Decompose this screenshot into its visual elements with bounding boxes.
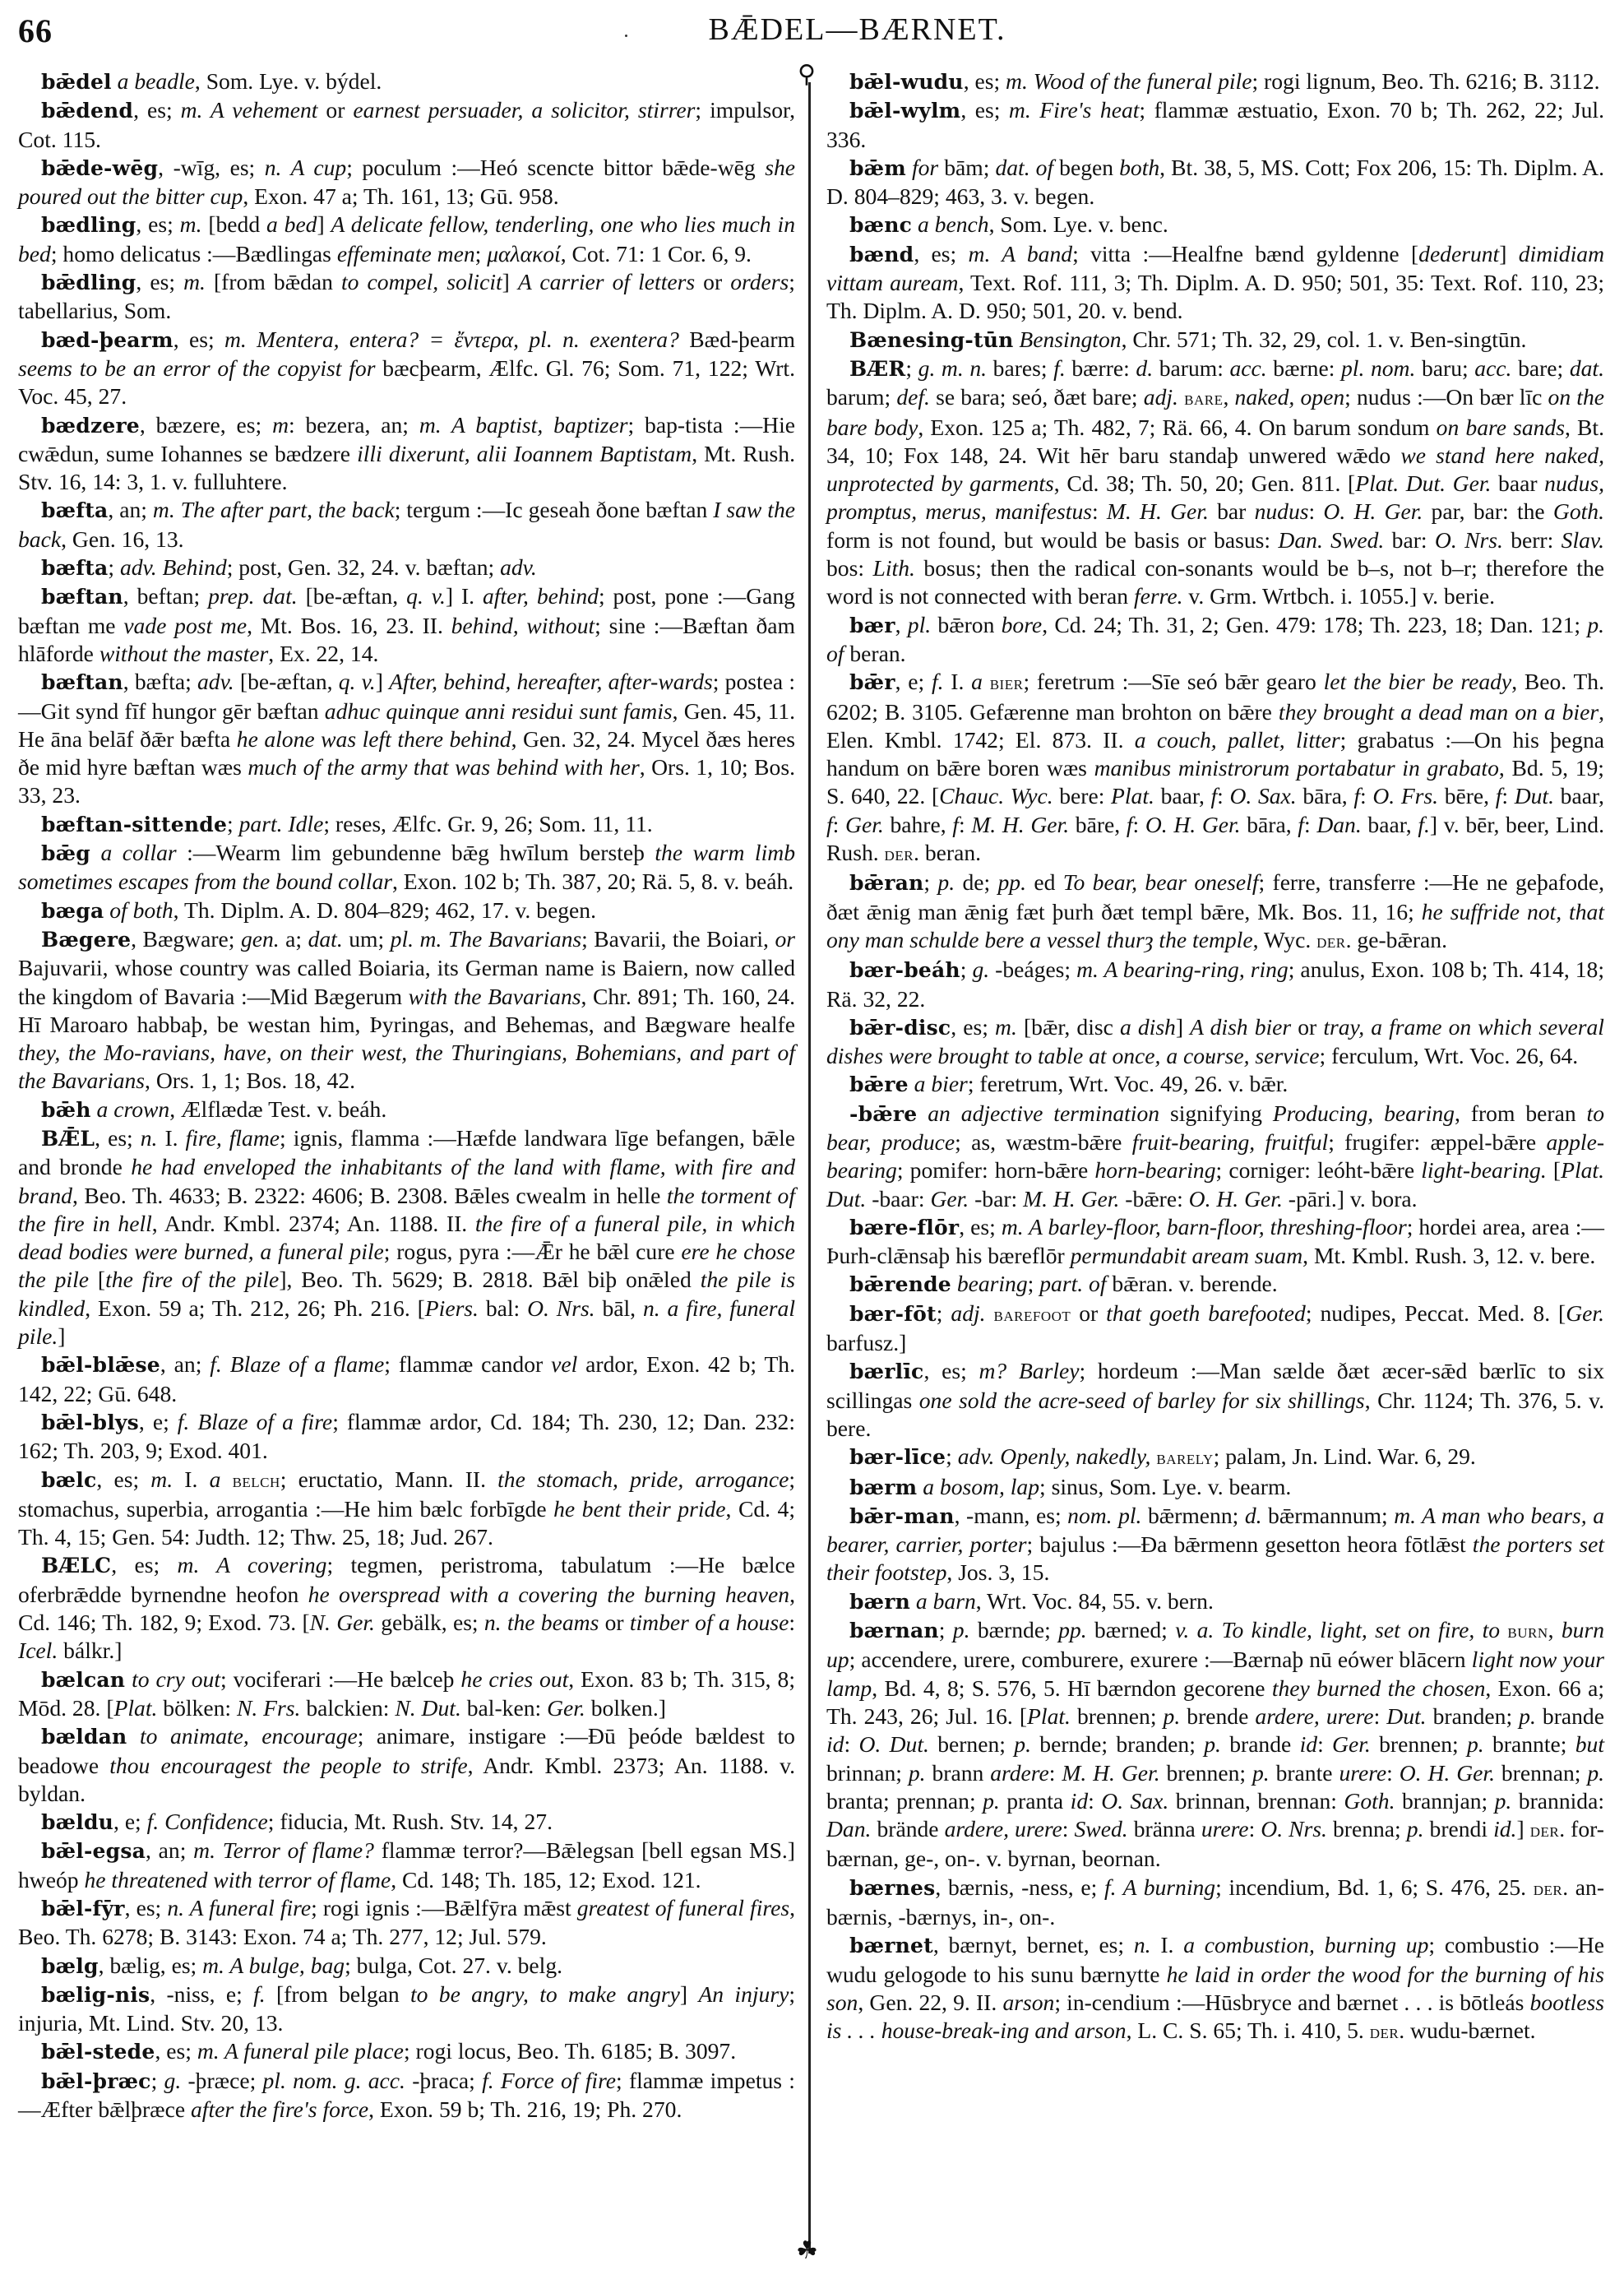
entry-text: :: [1360, 783, 1372, 808]
entry-text: :: [1049, 1760, 1062, 1786]
entry-italic-text: m. Mentera, entera? = ἔντερα, pl. n. exe…: [224, 327, 679, 352]
dictionary-entry: bæfta, an; m. The after part, the back; …: [18, 496, 795, 554]
entry-text: . ge-bǣran.: [1346, 927, 1447, 952]
entry-text: se bara; seó, ðæt bare;: [930, 384, 1144, 410]
dictionary-entry: bælc, es; m. I. a belch; eructatio, Mann…: [18, 1466, 795, 1552]
entry-text: , Cd. 148; Th. 185, 12; Exod. 121.: [391, 1867, 701, 1892]
entry-italic-text: acc.: [1474, 355, 1511, 381]
entry-italic-text: orders: [730, 269, 789, 294]
entry-text: , an;: [146, 1837, 193, 1863]
dictionary-entry: bæd-þearm, es; m. Mentera, entera? = ἔντ…: [18, 326, 795, 411]
entry-text: , es;: [111, 1552, 177, 1577]
entry-text: , Mt. Kmbl. Rush. 3, 12. v. bere.: [1302, 1243, 1595, 1268]
entry-text: ;: [905, 355, 918, 381]
entry-text: ;: [108, 554, 120, 580]
entry-text: , -niss, e;: [150, 1981, 253, 2007]
entry-italic-text: O. H. Ger.: [1323, 498, 1423, 524]
entry-text: bares;: [987, 355, 1053, 381]
entry-text: , -wīg, es;: [158, 155, 265, 180]
entry-italic-text: O. Dut.: [858, 1731, 928, 1757]
entry-text: [1500, 1617, 1507, 1642]
entry-text: bāre,: [1069, 812, 1127, 837]
entry-headword: BÆR: [849, 357, 905, 381]
entry-text: ; feretrum, Wrt. Voc. 49, 26. v. bǣr.: [968, 1071, 1289, 1096]
entry-text: ; ferculum, Wrt. Voc. 26, 64.: [1320, 1043, 1579, 1068]
entry-headword: bǣran: [849, 871, 923, 895]
dictionary-entry: bærlīc, es; m? Barley; hordeum :—Man sæl…: [826, 1357, 1604, 1443]
entry-headword: bældu: [41, 1810, 113, 1834]
entry-text: ; flammæ candor: [384, 1351, 551, 1377]
entry-italic-text: g. m. n.: [918, 355, 987, 381]
entry-italic-text: f: [1298, 812, 1304, 837]
entry-italic-text: m. A covering: [178, 1552, 327, 1577]
entry-text: ,: [895, 612, 908, 637]
entry-text: , e;: [895, 669, 932, 694]
entry-italic-text: he overspread with a covering the burnin…: [308, 1582, 789, 1607]
entry-text: :: [844, 1731, 858, 1757]
entry-small-caps: burn: [1507, 1621, 1548, 1642]
entry-headword: bæfta: [41, 556, 108, 580]
dictionary-entry: bænd, es; m. A band; vitta :—Healfne bæn…: [826, 240, 1604, 326]
entry-italic-text: Bensington: [1019, 327, 1121, 352]
entry-text: ; sinus, Som. Lye. v. bearm.: [1039, 1474, 1291, 1499]
entry-italic-text: one sold the acre-seed of barley for six…: [919, 1387, 1365, 1413]
entry-text: [: [89, 1267, 105, 1292]
entry-headword: bærnet: [849, 1934, 933, 1957]
entry-italic-text: or: [775, 926, 795, 952]
entry-italic-text: M. H. Ger.: [1062, 1760, 1159, 1786]
dictionary-entry: bædling, es; m. [bedd a bed] A delicate …: [18, 211, 795, 268]
entry-headword: bæftan-sittende: [41, 813, 227, 836]
entry-headword: bǣl-fȳr: [41, 1897, 125, 1920]
entry-italic-text: O. Nrs.: [1261, 1816, 1327, 1841]
entry-text: bos:: [826, 555, 873, 581]
entry-italic-text: Ger.: [845, 812, 884, 837]
entry-headword: bædzere: [41, 414, 140, 438]
entry-text: Bæd-þearm: [679, 327, 795, 352]
entry-text: ]: [502, 269, 518, 294]
entry-headword: bær: [849, 614, 895, 637]
entry-text: bahre,: [884, 812, 953, 837]
entry-text: , from beran: [1455, 1100, 1587, 1126]
entry-italic-text: p.: [1164, 1703, 1181, 1729]
entry-headword: Bænesing-tūn: [849, 328, 1014, 352]
entry-text: a;: [280, 926, 308, 952]
entry-italic-text: pl. nom.: [1341, 355, 1415, 381]
entry-italic-text: nudus: [1255, 498, 1309, 524]
entry-text: ; pomifer: horn-bǣre: [897, 1157, 1095, 1183]
entry-text: -þræce;: [181, 2068, 262, 2093]
entry-italic-text: dat.: [1570, 355, 1604, 381]
entry-headword: bǣre: [849, 1072, 909, 1096]
entry-text: par, bar: the: [1423, 498, 1553, 524]
entry-text: pranta: [1000, 1788, 1071, 1814]
entry-text: [125, 1666, 132, 1692]
entry-text: ] I.: [446, 583, 483, 609]
entry-text: or: [695, 269, 730, 294]
entry-small-caps: barely: [1156, 1448, 1213, 1469]
entry-italic-text: prep. dat.: [208, 583, 298, 609]
entry-italic-text: a couch, pallet, litter: [1135, 727, 1340, 753]
entry-italic-text: Plat.: [1111, 783, 1154, 808]
entry-text: -pāri.] v. bora.: [1283, 1186, 1418, 1211]
entry-text: form is not found, but would be basis or…: [826, 527, 1278, 553]
entry-italic-text: Ger.: [1566, 1300, 1604, 1326]
dictionary-entry: bænc a bench, Som. Lye. v. benc.: [826, 211, 1604, 239]
entry-italic-text: for: [912, 155, 938, 180]
entry-italic-text: part. Idle: [239, 811, 324, 836]
entry-italic-text: Goth.: [1553, 498, 1604, 524]
entry-headword: bǣr-man: [849, 1504, 955, 1528]
dictionary-entry: Bægere, Bægware; gen. a; dat. um; pl. m.…: [18, 925, 795, 1096]
entry-italic-text: f.: [1053, 355, 1066, 381]
dictionary-entry: bældu, e; f. Confidence; fiducia, Mt. Ru…: [18, 1808, 795, 1837]
entry-italic-text: m. A bearing-ring, ring: [1076, 957, 1289, 982]
entry-italic-text: f.: [932, 669, 944, 694]
print-speck: [625, 35, 627, 37]
entry-italic-text: pl.: [908, 612, 931, 637]
entry-italic-text: f: [1127, 812, 1133, 837]
entry-italic-text: but: [1575, 1731, 1604, 1757]
entry-italic-text: they brought a dead man on a bier: [1279, 699, 1599, 725]
entry-italic-text: p.: [1467, 1731, 1484, 1757]
entry-text: ], Beo. Th. 5629; B. 2818. Bǣl biþ onǣle…: [279, 1267, 700, 1292]
entry-text: baar: [1491, 470, 1544, 496]
entry-headword: -bǣre: [849, 1102, 917, 1126]
entry-text: bēre,: [1438, 783, 1496, 808]
entry-headword: BÆLC: [41, 1554, 111, 1577]
entry-text: , bælig, es;: [99, 1953, 202, 1978]
entry-italic-text: pp.: [1058, 1617, 1087, 1642]
dictionary-entry: bǣdling, es; m. [from bǣdan to compel, s…: [18, 268, 795, 326]
entry-italic-text: after the fire's force: [191, 2096, 368, 2122]
dictionary-entry: -bǣre an adjective termination signifyin…: [826, 1100, 1604, 1213]
dictionary-entry: bær-beáh; g. -beáges; m. A bearing-ring,…: [826, 956, 1604, 1013]
entry-small-caps: der: [885, 844, 914, 865]
dictionary-entry: bǣl-egsa, an; m. Terror of flame? flammæ…: [18, 1837, 795, 1894]
entry-italic-text: v. a. To kindle, light, set on fire, to: [1175, 1617, 1500, 1642]
entry-text: ; vitta :—Healfne bænd gyldenne [: [1072, 241, 1418, 266]
entry-italic-text: f.: [253, 1981, 266, 2007]
entry-italic-text: After, behind, hereafter, after-wards: [389, 669, 713, 694]
entry-italic-text: m.: [995, 1014, 1017, 1040]
entry-italic-text: a bed: [266, 211, 317, 237]
entry-italic-text: Goth.: [1344, 1788, 1395, 1814]
entry-text: ;: [960, 957, 973, 982]
entry-text: beran.: [844, 641, 905, 666]
entry-text: bernde; branden;: [1031, 1731, 1204, 1757]
entry-italic-text: Chauc. Wyc.: [939, 783, 1053, 808]
entry-text: bǣran. v. berende.: [1107, 1271, 1278, 1296]
entry-text: bāl,: [595, 1295, 643, 1321]
dictionary-entry: BÆR; g. m. n. bares; f. bærre: d. barum:…: [826, 354, 1604, 611]
entry-italic-text: m. Fire's heat: [1009, 97, 1140, 123]
entry-headword: Bægere: [41, 928, 131, 952]
entry-headword: bær-beáh: [849, 958, 960, 982]
entry-italic-text: a bier: [914, 1071, 968, 1096]
entry-text: ; corniger: leóht-bǣre: [1216, 1157, 1422, 1183]
entry-text: , es;: [960, 97, 1009, 123]
entry-italic-text: adv. Openly, nakedly,: [958, 1443, 1151, 1469]
entry-italic-text: vel: [551, 1351, 577, 1377]
dictionary-entry: bærn a barn, Wrt. Voc. 84, 55. v. bern.: [826, 1587, 1604, 1616]
dictionary-entry: bædzere, bæzere, es; m: bezera, an; m. A…: [18, 411, 795, 497]
entry-italic-text: permundabit aream suam: [1071, 1243, 1303, 1268]
column-divider-bottom-ornament-icon: ☘: [796, 2239, 818, 2263]
entry-text: bāra,: [1241, 812, 1298, 837]
entry-italic-text: much of the army that was behind with he…: [248, 754, 639, 780]
entry-italic-text: O. Frs.: [1372, 783, 1438, 808]
entry-text: ;: [151, 2068, 164, 2093]
entry-text: , es;: [923, 1358, 979, 1383]
entry-text: brannte;: [1484, 1731, 1575, 1757]
entry-italic-text: f.: [1418, 812, 1430, 837]
entry-italic-text: urere: [1339, 1760, 1386, 1786]
entry-italic-text: p.: [1519, 1703, 1536, 1729]
entry-text: bar:: [1384, 527, 1435, 553]
entry-italic-text: effeminate men: [337, 241, 475, 266]
entry-italic-text: p.: [909, 1760, 926, 1786]
entry-italic-text: m.: [183, 269, 206, 294]
entry-text: [112, 68, 118, 94]
entry-text: , an;: [160, 1351, 210, 1377]
entry-italic-text: the fire of the pile: [105, 1267, 279, 1292]
entry-text: ;: [939, 1617, 953, 1642]
entry-text: begen: [1053, 155, 1119, 180]
entry-text: or: [1071, 1300, 1106, 1326]
entry-italic-text: Dut.: [1515, 783, 1554, 808]
entry-italic-text: illi dixerunt, alii Ioannem Baptistam: [357, 441, 692, 466]
entry-text: barfusz.]: [826, 1330, 906, 1355]
entry-text: [be-æftan,: [234, 669, 339, 694]
entry-italic-text: p.: [937, 869, 955, 895]
entry-italic-text: f. A burning: [1104, 1874, 1215, 1900]
entry-italic-text: a collar: [100, 840, 176, 865]
entry-italic-text: urere: [1201, 1816, 1249, 1841]
entry-text: , es;: [174, 327, 224, 352]
entry-italic-text: m. A band: [969, 241, 1073, 266]
entry-text: brennen;: [1071, 1703, 1164, 1729]
entry-text: brann: [926, 1760, 991, 1786]
entry-text: ; eructatio, Mann. II.: [280, 1466, 497, 1492]
entry-text: brinnan;: [826, 1760, 909, 1786]
dictionary-entry: bǣrende bearing; part. of bǣran. v. bere…: [826, 1270, 1604, 1299]
entry-text: , bærnyt, bernet, es;: [933, 1932, 1134, 1957]
entry-italic-text: he bent their pride: [553, 1496, 725, 1522]
entry-italic-text: An injury: [698, 1981, 789, 2007]
entry-text: baar,: [1154, 783, 1211, 808]
entry-italic-text: behind, without: [451, 613, 595, 638]
entry-italic-text: m.: [180, 211, 202, 237]
dictionary-entry: bǣm for bām; dat. of begen both, Bt. 38,…: [826, 154, 1604, 211]
dictionary-entry: bǣran; p. de; pp. ed To bear, bear onese…: [826, 869, 1604, 956]
entry-text: , Exon. 102 b; Th. 387, 20; Rä. 5, 8. v.…: [392, 869, 793, 894]
entry-text: ; rogi ignis :—Bǣlfȳra mǣst: [311, 1895, 577, 1920]
entry-text: :: [833, 812, 845, 837]
entry-italic-text: a combustion, burning up: [1183, 1932, 1428, 1957]
dictionary-entry: bǣr, e; f. I. a bier; feretrum :—Sīe seó…: [826, 668, 1604, 869]
dictionary-entry: bǣdel a beadle, Som. Lye. v. býdel.: [18, 67, 795, 96]
entry-text: . beran.: [914, 840, 981, 865]
entry-text: brannjan;: [1395, 1788, 1495, 1814]
entry-italic-text: a bosom, lap: [923, 1474, 1039, 1499]
entry-text: brande: [1536, 1703, 1604, 1729]
dictionary-entry: BǢL, es; n. I. fire, flame; ignis, flamm…: [18, 1124, 795, 1350]
entry-text: ,: [1548, 1617, 1562, 1642]
entry-text: :: [1088, 1788, 1101, 1814]
entry-italic-text: pl. m. The Bavarians: [391, 926, 581, 952]
entry-italic-text: both: [1119, 155, 1159, 180]
entry-text: brannida:: [1511, 1788, 1604, 1814]
entry-italic-text: m. A baptist, baptizer: [419, 412, 628, 438]
entry-text: um;: [343, 926, 391, 952]
entry-headword: bærnes: [849, 1876, 935, 1900]
entry-headword: bælc: [41, 1468, 96, 1492]
dictionary-entry: bærnet, bærnyt, bernet, es; n. I. a comb…: [826, 1931, 1604, 2046]
entry-italic-text: seems to be an error of the copyist for: [18, 355, 375, 381]
entry-text: , Th. Diplm. A. D. 804–829; 462, 17. v. …: [174, 897, 596, 923]
entry-text: [127, 1723, 140, 1749]
entry-italic-text: Ger.: [930, 1186, 969, 1211]
entry-text: [983, 669, 990, 694]
entry-text: de;: [955, 869, 997, 895]
entry-italic-text: fire, flame: [186, 1125, 280, 1151]
entry-text: bǣrmenn;: [1141, 1503, 1244, 1528]
entry-small-caps: barefoot: [994, 1304, 1071, 1326]
entry-text: [bǣr, disc: [1017, 1014, 1120, 1040]
entry-headword: bǣl-blys: [41, 1411, 139, 1434]
entry-italic-text: f. Blaze of a flame: [210, 1351, 384, 1377]
entry-text: , Mt. Bos. 16, 23. II.: [247, 613, 451, 638]
entry-italic-text: bearing: [957, 1271, 1028, 1296]
entry-italic-text: he cries out: [460, 1666, 568, 1692]
entry-headword: bǣl-wylm: [849, 99, 960, 123]
entry-text: ; accendere, urere, comburere, exurere :…: [849, 1647, 1472, 1672]
entry-text: gebälk, es;: [375, 1610, 484, 1635]
entry-headword: bæd-þearm: [41, 328, 174, 352]
entry-headword: bær-fōt: [849, 1302, 937, 1326]
entry-italic-text: d.: [1136, 355, 1153, 381]
entry-italic-text: the stomach, pride, arrogance: [497, 1466, 789, 1492]
entry-text: , es;: [125, 1895, 168, 1920]
entry-text: bām;: [938, 155, 995, 180]
entry-text: , es;: [959, 1214, 1002, 1239]
dictionary-entry: bǣl-blys, e; f. Blaze of a fire; flammæ …: [18, 1408, 795, 1466]
entry-italic-text: A carrier of letters: [518, 269, 695, 294]
entry-italic-text: p.: [953, 1617, 970, 1642]
entry-text: ; Bavarii, the Boiari,: [581, 926, 775, 952]
entry-italic-text: f: [826, 812, 833, 837]
dictionary-entry: bærnan; p. bærnde; pp. bærned; v. a. To …: [826, 1616, 1604, 1874]
entry-text: [90, 840, 100, 865]
entry-italic-text: def.: [896, 384, 930, 410]
entry-text: branden;: [1427, 1703, 1520, 1729]
entry-italic-text: q. v.: [406, 583, 446, 609]
entry-text: , -mann, es;: [955, 1503, 1068, 1528]
entry-italic-text: fruit-bearing, fruitful: [1132, 1129, 1328, 1155]
entry-text: , es;: [951, 1014, 995, 1040]
entry-text: , es;: [964, 68, 1006, 94]
entry-italic-text: f. Force of fire: [482, 2068, 616, 2093]
entry-text: balckien:: [300, 1695, 395, 1721]
entry-text: or: [599, 1610, 630, 1635]
entry-text: ]: [58, 1323, 65, 1349]
column-divider-top-ornament-icon: ⚲: [798, 63, 816, 87]
entry-text: , Cot. 71: 1 Cor. 6, 9.: [561, 241, 752, 266]
entry-text: or: [317, 97, 353, 123]
entry-text: :: [1317, 1731, 1332, 1757]
entry-headword: bǣl-þræc: [41, 2069, 151, 2093]
entry-italic-text: Icel.: [18, 1638, 58, 1663]
entry-headword: bǣl-blǣse: [41, 1353, 160, 1377]
entry-italic-text: he alone was left there behind: [237, 726, 511, 752]
entry-text: ; fiducia, Mt. Rush. Stv. 14, 27.: [268, 1809, 553, 1834]
entry-italic-text: N. Dut.: [395, 1695, 461, 1721]
entry-text: bǣron: [931, 612, 1001, 637]
entry-italic-text: horn-bearing: [1094, 1157, 1215, 1183]
dictionary-entry: bǣl-þræc; g. -þræce; pl. nom. g. acc. -þ…: [18, 2067, 795, 2124]
entry-italic-text: a crown: [97, 1096, 170, 1122]
entry-italic-text: n.: [141, 1125, 158, 1151]
entry-italic-text: N. Frs.: [237, 1695, 300, 1721]
entry-text: , Ex. 22, 14.: [268, 641, 378, 666]
entry-text: ,: [1223, 384, 1234, 410]
entry-text: brante: [1270, 1760, 1339, 1786]
entry-italic-text: μαλακοί: [487, 241, 560, 266]
entry-italic-text: O. Nrs.: [1435, 527, 1503, 553]
right-column: bǣl-wudu, es; m. Wood of the funeral pil…: [826, 67, 1604, 2046]
entry-italic-text: m: [272, 412, 289, 438]
dictionary-entry: bærm a bosom, lap; sinus, Som. Lye. v. b…: [826, 1473, 1604, 1502]
dictionary-entry: bǣh a crown, Ælflædæ Test. v. beáh.: [18, 1096, 795, 1124]
entry-italic-text: m. A barley-floor, barn-floor, threshing…: [1002, 1214, 1407, 1239]
entry-text: , e;: [139, 1409, 178, 1434]
entry-text: , L. C. S. 65; Th. i. 410, 5.: [1127, 2018, 1370, 2043]
entry-italic-text: pp.: [998, 869, 1027, 895]
entry-text: ; frugifer: æppel-bǣre: [1328, 1129, 1546, 1155]
entry-text: , Gen. 22, 9. II.: [858, 1990, 1002, 2015]
entry-headword: bæftan: [41, 585, 123, 609]
entry-text: :: [1217, 783, 1229, 808]
column-divider-rule: [808, 82, 811, 2254]
entry-italic-text: Piers.: [425, 1295, 479, 1321]
entry-text: ; in-cendium :—Hūsbryce and bærnet . . .…: [1054, 1990, 1529, 2015]
entry-text: , beftan;: [123, 583, 208, 609]
entry-italic-text: a dish: [1120, 1014, 1176, 1040]
entry-text: , Cd. 38; Th. 50, 20; Gen. 811. [: [1054, 470, 1355, 496]
entry-text: , es;: [96, 1466, 150, 1492]
entry-italic-text: p.: [983, 1788, 1000, 1814]
entry-italic-text: naked, open: [1235, 384, 1345, 410]
entry-italic-text: nom. pl.: [1067, 1503, 1141, 1528]
entry-italic-text: m. Wood of the funeral pile: [1006, 68, 1252, 94]
entry-text: branta; prennan;: [826, 1788, 983, 1814]
entry-text: ; rogus, pyra :—Ǣr he bǣl cure: [384, 1239, 682, 1264]
entry-italic-text: to compel, solicit: [341, 269, 502, 294]
dictionary-entry: bǣl-wylm, es; m. Fire's heat; flammæ æst…: [826, 96, 1604, 154]
entry-text: ]: [1176, 1014, 1190, 1040]
dictionary-entry: bæftan-sittende; part. Idle; reses, Ælfc…: [18, 810, 795, 839]
entry-text: [986, 1300, 994, 1326]
entry-text: baru;: [1415, 355, 1474, 381]
entry-text: ; incendium, Bd. 1, 6; S. 476, 25.: [1215, 1874, 1534, 1900]
entry-text: ;: [937, 1300, 951, 1326]
entry-text: :: [1309, 498, 1324, 524]
entry-italic-text: m. Terror of flame?: [193, 1837, 374, 1863]
entry-headword: bǣrende: [849, 1272, 951, 1296]
entry-headword: bærlīc: [849, 1360, 923, 1383]
entry-text: bal:: [479, 1295, 527, 1321]
